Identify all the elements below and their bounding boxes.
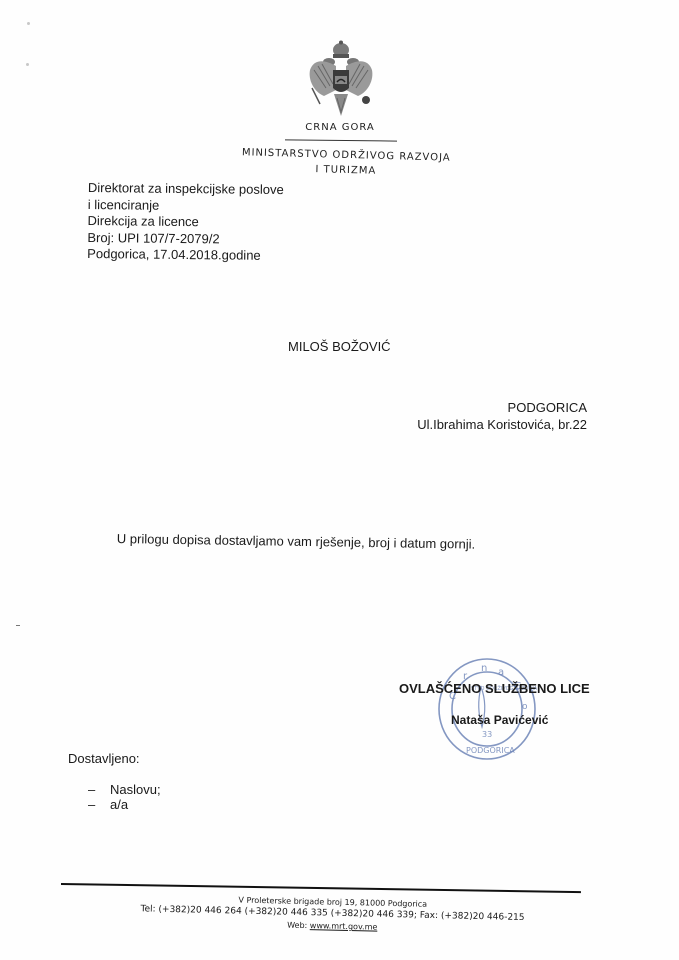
footer: V Proleterske brigade broj 19, 81000 Pod…	[127, 892, 538, 936]
country-name: CRNA GORA	[300, 122, 380, 133]
signatory-name: Nataša Pavićević	[451, 713, 548, 727]
distribution-item-label: a/a	[110, 797, 128, 812]
distribution-list: – Naslovu; – a/a	[88, 782, 161, 812]
directorate-line1: Direktorat za inspekcijske poslove	[88, 180, 284, 199]
ministry-name: MINISTARSTVO ODRŽIVOG RAZVOJA I TURIZMA	[233, 145, 459, 181]
letter-body: U prilogu dopisa dostavljamo vam rješenj…	[117, 531, 476, 552]
distribution-item-label: Naslovu;	[110, 782, 161, 797]
coat-of-arms-icon	[306, 40, 376, 118]
official-stamp-icon: C r n a G o PODGORICA 33 STVO ODRŽIVOG R…	[436, 657, 538, 761]
dash-bullet: –	[88, 797, 110, 812]
punch-hole-mark	[27, 22, 30, 25]
place-date: Podgorica, 17.04.2018.godine	[87, 246, 283, 265]
punch-hole-mark	[26, 63, 29, 66]
dash-bullet: –	[88, 782, 110, 797]
document-page: CRNA GORA MINISTARSTVO ODRŽIVOG RAZVOJA …	[0, 0, 679, 960]
svg-text:33: 33	[482, 730, 492, 739]
sender-block: Direktorat za inspekcijske poslove i lic…	[87, 180, 284, 265]
header-divider	[285, 139, 397, 141]
distribution-label: Dostavljeno:	[68, 751, 140, 766]
directorate-line2: i licenciranje	[88, 196, 284, 215]
scan-mark	[16, 625, 20, 626]
distribution-item: – Naslovu;	[88, 782, 161, 797]
website-link[interactable]: www.mrt.gov.me	[310, 921, 378, 932]
recipient-name: MILOŠ BOŽOVIĆ	[288, 339, 391, 354]
department: Direkcija za licence	[87, 213, 283, 232]
reference-number: Broj: UPI 107/7-2079/2	[87, 229, 283, 248]
distribution-item: – a/a	[88, 797, 161, 812]
svg-text:a: a	[498, 667, 504, 678]
svg-text:PODGORICA: PODGORICA	[466, 746, 515, 755]
svg-text:n: n	[481, 663, 487, 674]
footer-web-label: Web:	[287, 921, 310, 931]
svg-text:o: o	[522, 702, 528, 712]
recipient-address: PODGORICA Ul.Ibrahima Koristovića, br.22	[417, 399, 587, 433]
recipient-city: PODGORICA	[417, 399, 587, 416]
signatory-title: OVLAŠĆENO SLUŽBENO LICE	[399, 681, 590, 696]
recipient-street: Ul.Ibrahima Koristovića, br.22	[417, 416, 587, 433]
